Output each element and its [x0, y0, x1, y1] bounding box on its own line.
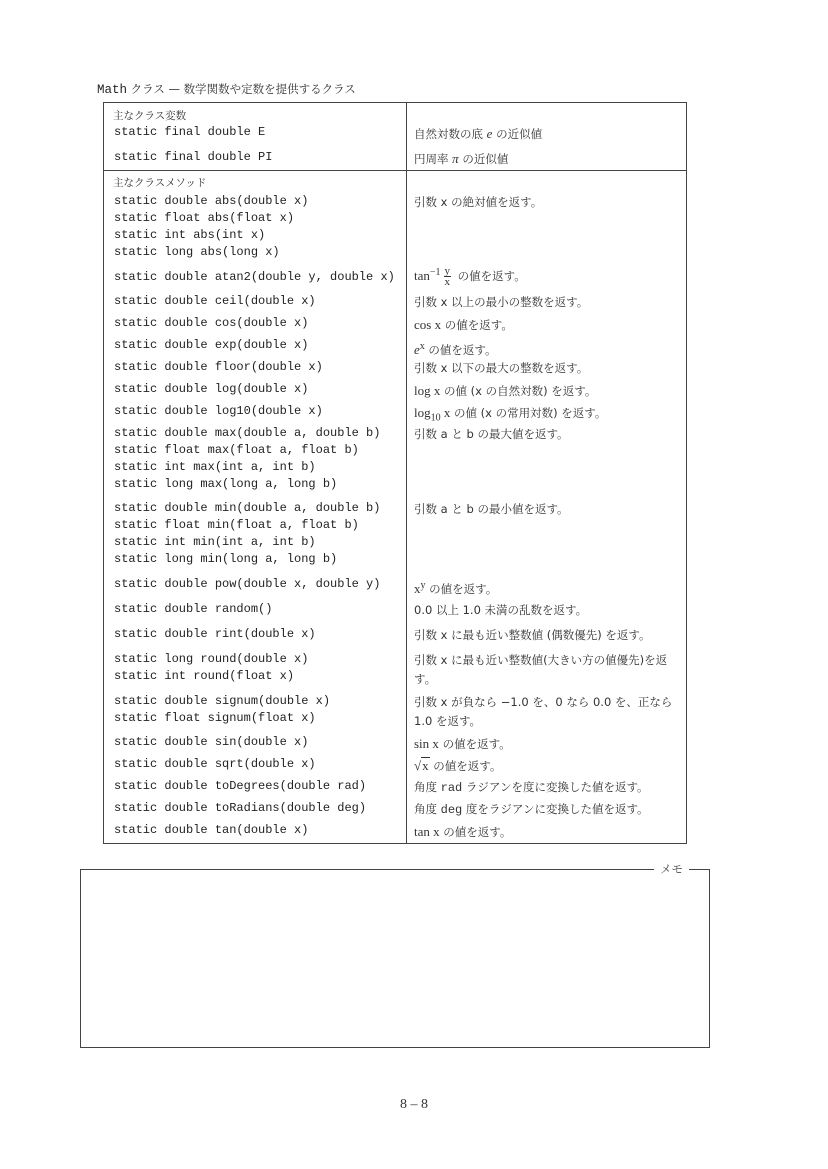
signature: static double log(double x): [114, 381, 308, 398]
memo-box[interactable]: メモ: [80, 869, 710, 1048]
math-api-table: 主なクラス変数 static final double E 自然対数の底 e の…: [103, 102, 687, 844]
description: sin x の値を返す。: [414, 734, 686, 754]
signature: static double pow(double x, double y): [114, 576, 380, 593]
description: 引数 x の絶対値を返す。: [414, 193, 686, 212]
signature: static double sin(double x): [114, 734, 308, 751]
description: 引数 x 以上の最小の整数を返す。: [414, 293, 686, 312]
signature: static double atan2(double y, double x): [114, 269, 395, 286]
signature: static double floor(double x): [114, 359, 323, 376]
description: 引数 a と b の最大値を返す。: [414, 425, 686, 444]
description: ex の値を返す。: [414, 337, 686, 360]
description: 角度 deg 度をラジアンに変換した値を返す。: [414, 800, 686, 820]
fraction: yx: [444, 266, 452, 287]
description: log10 x の値 (x の常用対数) を返す。: [414, 403, 686, 427]
document-title: Math クラス — 数学関数や定数を提供するクラス: [97, 81, 356, 97]
description: 引数 a と b の最小値を返す。: [414, 500, 686, 519]
description: 引数 x が負なら −1.0 を、0 なら 0.0 を、正なら 1.0 を返す。: [414, 693, 686, 731]
variables-section-label: 主なクラス変数: [113, 108, 186, 123]
signature: static double toRadians(double deg): [114, 800, 366, 817]
description: 自然対数の底 e の近似値: [414, 124, 686, 144]
description: tan−1yx の値を返す。: [414, 263, 686, 287]
title-suffix: クラス — 数学関数や定数を提供するクラス: [127, 82, 356, 96]
page-number: 8 – 8: [0, 1097, 828, 1113]
signature: static double ceil(double x): [114, 293, 316, 310]
signature: static double toDegrees(double rad): [114, 778, 366, 795]
section-separator: [104, 170, 686, 171]
signature: static double sqrt(double x): [114, 756, 316, 773]
signature: static double log10(double x): [114, 403, 323, 420]
signature: static double tan(double x): [114, 822, 308, 839]
description: √x の値を返す。: [414, 756, 686, 776]
signature: static double cos(double x): [114, 315, 308, 332]
memo-label: メモ: [654, 861, 689, 877]
description: xy の値を返す。: [414, 576, 686, 599]
signature: static double min(double a, double b) st…: [114, 500, 380, 568]
methods-section-label: 主なクラスメソッド: [113, 175, 206, 190]
description: 円周率 π の近似値: [414, 149, 686, 169]
signature: static double exp(double x): [114, 337, 308, 354]
signature: static final double E: [114, 124, 265, 141]
description: 0.0 以上 1.0 未満の乱数を返す。: [414, 601, 686, 620]
signature: static double signum(double x) static fl…: [114, 693, 330, 727]
description: 角度 rad ラジアンを度に変換した値を返す。: [414, 778, 686, 798]
signature: static double random(): [114, 601, 272, 618]
description: 引数 x に最も近い整数値(大きい方の値優先)を返す。: [414, 651, 686, 689]
signature: static double abs(double x) static float…: [114, 193, 308, 261]
signature: static long round(double x) static int r…: [114, 651, 308, 685]
signature: static double max(double a, double b) st…: [114, 425, 380, 493]
description: cos x の値を返す。: [414, 315, 686, 335]
column-divider: [406, 103, 407, 843]
class-name: Math: [97, 83, 127, 97]
description: tan x の値を返す。: [414, 822, 686, 842]
description: 引数 x に最も近い整数値 (偶数優先) を返す。: [414, 626, 686, 645]
signature: static final double PI: [114, 149, 272, 166]
description: log x の値 (x の自然対数) を返す。: [414, 381, 686, 401]
signature: static double rint(double x): [114, 626, 316, 643]
sqrt-symbol: √x: [414, 757, 430, 773]
description: 引数 x 以下の最大の整数を返す。: [414, 359, 686, 378]
